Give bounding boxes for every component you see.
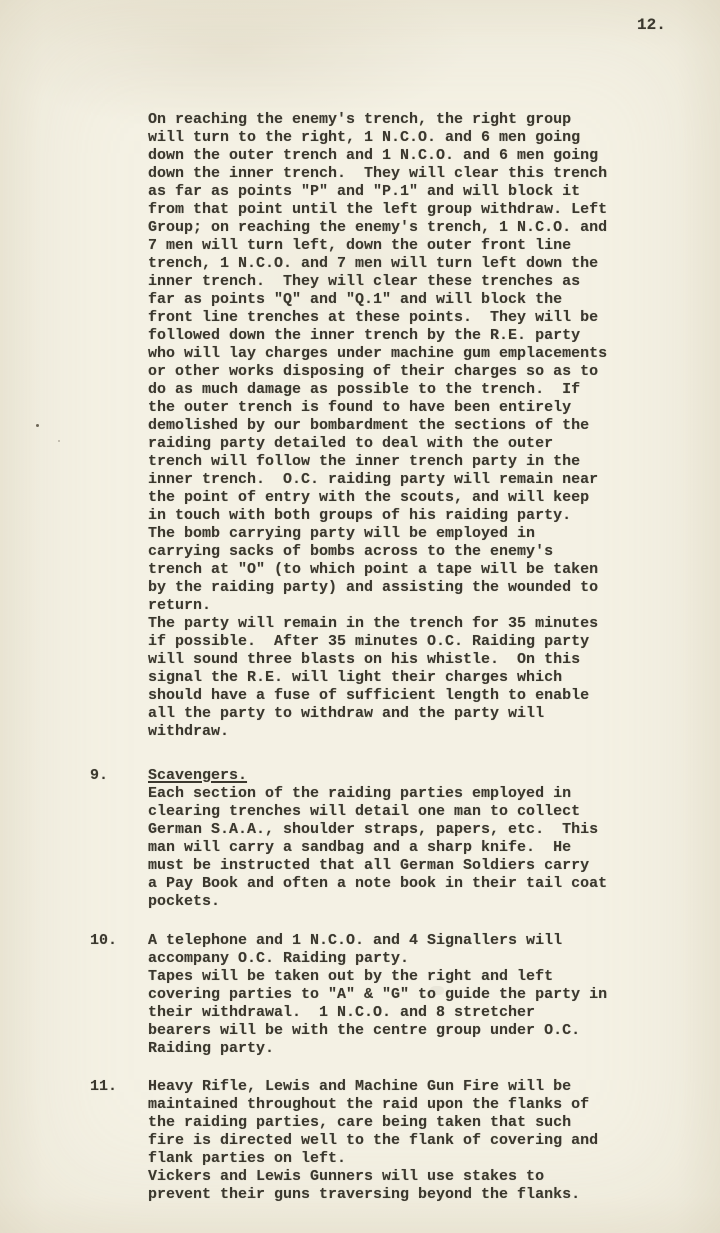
section-number: 11.: [90, 1078, 148, 1096]
paper-speck: [36, 424, 39, 427]
text-line: Heavy Rifle, Lewis and Machine Gun Fire …: [148, 1078, 660, 1096]
text-line: covering parties to "A" & "G" to guide t…: [148, 986, 660, 1004]
text-line: demolished by our bombardment the sectio…: [148, 417, 660, 435]
text-line: the point of entry with the scouts, and …: [148, 489, 660, 507]
text-line: trench, 1 N.C.O. and 7 men will turn lef…: [148, 255, 660, 273]
text-line: in touch with both groups of his raiding…: [148, 507, 660, 525]
text-line: man will carry a sandbag and a sharp kni…: [148, 839, 660, 857]
text-line: inner trench. O.C. raiding party will re…: [148, 471, 660, 489]
text-line: far as points "Q" and "Q.1" and will blo…: [148, 291, 660, 309]
section-number: 10.: [90, 932, 148, 950]
text-line: Raiding party.: [148, 1040, 660, 1058]
text-line: a Pay Book and often a note book in thei…: [148, 875, 660, 893]
text-line: The bomb carrying party will be employed…: [148, 525, 660, 543]
document-body: On reaching the enemy's trench, the righ…: [90, 111, 660, 1204]
text-line: trench will follow the inner trench part…: [148, 453, 660, 471]
text-line: Each section of the raiding parties empl…: [148, 785, 660, 803]
section-content: On reaching the enemy's trench, the righ…: [148, 111, 660, 741]
section-heading: Scavengers.: [148, 767, 660, 785]
text-line: withdraw.: [148, 723, 660, 741]
text-line: all the party to withdraw and the party …: [148, 705, 660, 723]
text-line: pockets.: [148, 893, 660, 911]
text-line: Group; on reaching the enemy's trench, 1…: [148, 219, 660, 237]
text-line: should have a fuse of sufficient length …: [148, 687, 660, 705]
text-line: bearers will be with the centre group un…: [148, 1022, 660, 1040]
text-line: the outer trench is found to have been e…: [148, 399, 660, 417]
text-line: On reaching the enemy's trench, the righ…: [148, 111, 660, 129]
text-line: from that point until the left group wit…: [148, 201, 660, 219]
text-line: signal the R.E. will light their charges…: [148, 669, 660, 687]
text-line: 7 men will turn left, down the outer fro…: [148, 237, 660, 255]
text-line: Vickers and Lewis Gunners will use stake…: [148, 1168, 660, 1186]
section-block: On reaching the enemy's trench, the righ…: [90, 111, 660, 741]
text-line: down the outer trench and 1 N.C.O. and 6…: [148, 147, 660, 165]
text-line: who will lay charges under machine gum e…: [148, 345, 660, 363]
text-line: clearing trenches will detail one man to…: [148, 803, 660, 821]
text-line: must be instructed that all German Soldi…: [148, 857, 660, 875]
text-line: inner trench. They will clear these tren…: [148, 273, 660, 291]
text-line: down the inner trench. They will clear t…: [148, 165, 660, 183]
text-line: the raiding parties, care being taken th…: [148, 1114, 660, 1132]
text-line: fire is directed well to the flank of co…: [148, 1132, 660, 1150]
text-line: prevent their guns traversing beyond the…: [148, 1186, 660, 1204]
text-line: front line trenches at these points. The…: [148, 309, 660, 327]
text-line: by the raiding party) and assisting the …: [148, 579, 660, 597]
paper-speck: [58, 440, 60, 442]
text-line: followed down the inner trench by the R.…: [148, 327, 660, 345]
section-block: 9.Scavengers.Each section of the raiding…: [90, 767, 660, 911]
text-line: accompany O.C. Raiding party.: [148, 950, 660, 968]
text-line: maintained throughout the raid upon the …: [148, 1096, 660, 1114]
text-line: flank parties on left.: [148, 1150, 660, 1168]
text-line: German S.A.A., shoulder straps, papers, …: [148, 821, 660, 839]
text-line: return.: [148, 597, 660, 615]
text-line: will sound three blasts on his whistle. …: [148, 651, 660, 669]
text-line: as far as points "P" and "P.1" and will …: [148, 183, 660, 201]
text-line: do as much damage as possible to the tre…: [148, 381, 660, 399]
text-line: if possible. After 35 minutes O.C. Raidi…: [148, 633, 660, 651]
text-line: their withdrawal. 1 N.C.O. and 8 stretch…: [148, 1004, 660, 1022]
section-content: Heavy Rifle, Lewis and Machine Gun Fire …: [148, 1078, 660, 1204]
section-content: A telephone and 1 N.C.O. and 4 Signaller…: [148, 932, 660, 1058]
section-number: 9.: [90, 767, 148, 785]
text-line: carrying sacks of bombs across to the en…: [148, 543, 660, 561]
text-line: The party will remain in the trench for …: [148, 615, 660, 633]
text-line: A telephone and 1 N.C.O. and 4 Signaller…: [148, 932, 660, 950]
scanned-typewritten-page: { "document": { "page_number": "12.", "c…: [0, 0, 720, 1233]
text-line: raiding party detailed to deal with the …: [148, 435, 660, 453]
section-block: 10.A telephone and 1 N.C.O. and 4 Signal…: [90, 932, 660, 1058]
text-line: trench at "O" (to which point a tape wil…: [148, 561, 660, 579]
text-line: Tapes will be taken out by the right and…: [148, 968, 660, 986]
section-block: 11.Heavy Rifle, Lewis and Machine Gun Fi…: [90, 1078, 660, 1204]
text-line: or other works disposing of their charge…: [148, 363, 660, 381]
section-content: Scavengers.Each section of the raiding p…: [148, 767, 660, 911]
page-number: 12.: [637, 16, 666, 34]
text-line: will turn to the right, 1 N.C.O. and 6 m…: [148, 129, 660, 147]
